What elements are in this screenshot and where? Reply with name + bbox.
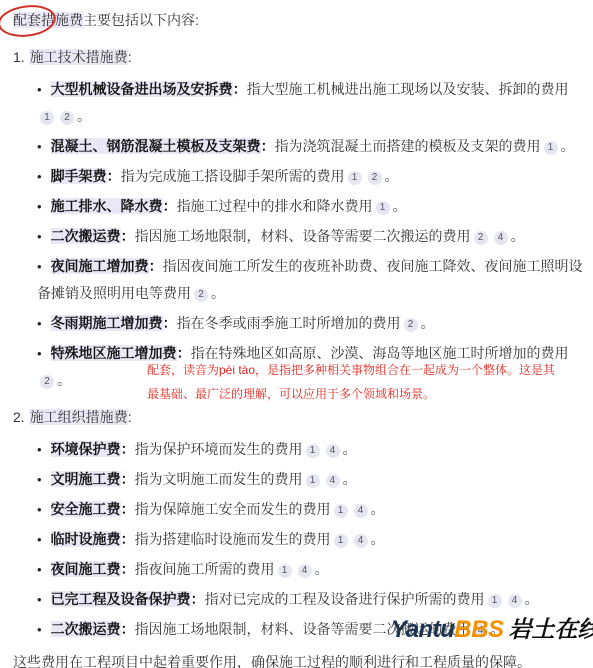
fee-term: 脚手架费 <box>51 168 107 184</box>
section-number: 2. <box>13 409 25 425</box>
citation-badge[interactable]: 1 <box>376 201 390 215</box>
section-label: 施工技术措施费 <box>30 49 128 65</box>
term-colon: ： <box>233 81 247 97</box>
term-colon: ： <box>121 561 135 577</box>
list-item: •临时设施费：指为搭建临时设施而发生的费用14。 <box>37 526 583 553</box>
term-colon: ： <box>107 168 121 184</box>
section-heading-1: 1.施工技术措施费: <box>13 44 587 71</box>
fee-desc: 指为文明施工而发生的费用 <box>135 471 303 487</box>
citation-badge[interactable]: 4 <box>494 231 508 245</box>
fee-term: 环境保护费 <box>51 441 121 457</box>
citation-badge[interactable]: 2 <box>194 288 208 302</box>
bullet-icon: • <box>37 592 42 607</box>
title-rest: 主要包括以下内容: <box>83 12 199 28</box>
list-item: •环境保护费：指为保护环境而发生的费用14。 <box>37 436 583 463</box>
fee-term: 二次搬运费 <box>51 621 121 637</box>
section-label: 施工组织措施费 <box>30 409 128 425</box>
fee-term: 临时设施费 <box>51 531 121 547</box>
list-item: •施工排水、降水费：指施工过程中的排水和降水费用1。 <box>37 193 583 220</box>
fee-desc: 指为完成施工搭设脚手架所需的费用 <box>121 168 345 184</box>
citation-badge[interactable]: 2 <box>60 111 74 125</box>
bullet-icon: • <box>37 346 42 361</box>
citation-badge[interactable]: 4 <box>354 534 368 548</box>
red-annotation-line-2: 最基础、最广泛的理解，可以应用于多个领域和场景。 <box>147 382 593 406</box>
list-item: •夜间施工费：指夜间施工所需的费用14。 <box>37 556 583 583</box>
red-annotation-note: 配套，读音为pèi tào，是指把多种相关事物组合在一起成为一个整体。这是其 最… <box>147 358 593 406</box>
fee-term: 二次搬运费 <box>51 228 121 244</box>
watermark-cn: 岩土在线 <box>508 616 593 642</box>
section-colon: : <box>128 409 132 425</box>
fee-term: 混凝土、钢筋混凝土模板及支架费 <box>51 138 261 154</box>
fee-desc: 指施工过程中的排水和降水费用 <box>177 198 373 214</box>
term-colon: ： <box>121 531 135 547</box>
citation-badge[interactable]: 1 <box>306 444 320 458</box>
term-colon: ： <box>121 621 135 637</box>
fee-desc: 指夜间施工所需的费用 <box>135 561 275 577</box>
list-item: •夜间施工增加费：指因夜间施工所发生的夜班补助费、夜间施工降效、夜间施工照明设备… <box>37 253 583 307</box>
bullet-icon: • <box>37 199 42 214</box>
list-item: •二次搬运费：指因施工场地限制，材料、设备等需要二次搬运的费用24。 <box>37 223 583 250</box>
fee-desc: 指在冬季或雨季施工时所增加的费用 <box>177 315 401 331</box>
watermark-yantu: Yantu <box>391 616 454 643</box>
fee-term: 冬雨期施工增加费 <box>51 315 163 331</box>
fee-desc: 指大型施工机械进出施工现场以及安装、拆卸的费用 <box>247 81 569 97</box>
red-circle-annotation <box>0 2 60 40</box>
sentence-period: 。 <box>393 198 407 214</box>
bullet-icon: • <box>37 316 42 331</box>
citation-badge[interactable]: 4 <box>298 564 312 578</box>
citation-badge[interactable]: 4 <box>508 594 522 608</box>
sentence-period: 。 <box>343 471 357 487</box>
sentence-period: 。 <box>211 285 225 301</box>
fee-desc: 指因施工场地限制，材料、设备等需要二次搬运的费用 <box>135 228 471 244</box>
section-heading-2: 2.施工组织措施费: <box>13 404 587 431</box>
fee-term: 文明施工费 <box>51 471 121 487</box>
red-annotation-line-1: 配套，读音为pèi tào，是指把多种相关事物组合在一起成为一个整体。这是其 <box>147 358 593 382</box>
bullet-icon: • <box>37 82 42 97</box>
watermark-logo: YantuBBS岩土在线 <box>391 616 593 643</box>
page-title: 配套措施费主要包括以下内容: <box>13 7 587 34</box>
fee-term: 大型机械设备进出场及安拆费 <box>51 81 233 97</box>
bullet-icon: • <box>37 502 42 517</box>
citation-badge[interactable]: 4 <box>326 444 340 458</box>
sentence-period: 。 <box>315 561 329 577</box>
term-colon: ： <box>191 591 205 607</box>
bullet-icon: • <box>37 472 42 487</box>
list-item: •冬雨期施工增加费：指在冬季或雨季施工时所增加的费用2。 <box>37 310 583 337</box>
sentence-period: 。 <box>371 501 385 517</box>
fee-desc: 指为保障施工安全而发生的费用 <box>135 501 331 517</box>
fee-desc: 指为搭建临时设施而发生的费用 <box>135 531 331 547</box>
closing-paragraph: 这些费用在工程项目中起着重要作用，确保施工过程的顺利进行和工程质量的保障。 <box>13 650 587 668</box>
fee-desc: 指为保护环境而发生的费用 <box>135 441 303 457</box>
citation-badge[interactable]: 2 <box>474 231 488 245</box>
fee-desc: 指对已完成的工程及设备进行保护所需的费用 <box>205 591 485 607</box>
document-page: 配套措施费主要包括以下内容: 1.施工技术措施费: •大型机械设备进出场及安拆费… <box>0 0 593 668</box>
bullet-icon: • <box>37 622 42 637</box>
fee-term: 施工排水、降水费 <box>51 198 163 214</box>
term-colon: ： <box>121 441 135 457</box>
section-number: 1. <box>13 49 25 65</box>
term-colon: ： <box>121 501 135 517</box>
citation-badge[interactable]: 1 <box>278 564 292 578</box>
citation-badge[interactable]: 2 <box>368 171 382 185</box>
sentence-period: 。 <box>561 138 575 154</box>
fee-list-organizational: •环境保护费：指为保护环境而发生的费用14。 •文明施工费：指为文明施工而发生的… <box>13 436 587 643</box>
fee-list-technical: •大型机械设备进出场及安拆费：指大型施工机械进出施工现场以及安装、拆卸的费用12… <box>13 76 587 394</box>
list-item: •已完工程及设备保护费：指对已完成的工程及设备进行保护所需的费用14。 <box>37 586 583 613</box>
term-colon: ： <box>121 228 135 244</box>
fee-desc: 指为浇筑混凝土而搭建的模板及支架的费用 <box>275 138 541 154</box>
bullet-icon: • <box>37 562 42 577</box>
sentence-period: 。 <box>421 315 435 331</box>
fee-term: 已完工程及设备保护费 <box>51 591 191 607</box>
list-item: •混凝土、钢筋混凝土模板及支架费：指为浇筑混凝土而搭建的模板及支架的费用1。 <box>37 133 583 160</box>
sentence-period: 。 <box>371 531 385 547</box>
term-colon: ： <box>261 138 275 154</box>
citation-badge[interactable]: 4 <box>354 504 368 518</box>
list-item: •安全施工费：指为保障施工安全而发生的费用14。 <box>37 496 583 523</box>
bullet-icon: • <box>37 259 42 274</box>
sentence-period: 。 <box>343 441 357 457</box>
citation-badge[interactable]: 1 <box>306 474 320 488</box>
sentence-period: 。 <box>525 591 539 607</box>
citation-badge[interactable]: 4 <box>326 474 340 488</box>
section-colon: : <box>128 49 132 65</box>
citation-badge[interactable]: 1 <box>488 594 502 608</box>
term-colon: ： <box>163 315 177 331</box>
list-item: •脚手架费：指为完成施工搭设脚手架所需的费用12。 <box>37 163 583 190</box>
citation-badge[interactable]: 1 <box>40 111 54 125</box>
bullet-icon: • <box>37 442 42 457</box>
fee-term: 夜间施工增加费 <box>51 258 149 274</box>
citation-badge[interactable]: 1 <box>544 141 558 155</box>
citation-badge[interactable]: 1 <box>348 171 362 185</box>
citation-badge[interactable]: 2 <box>40 375 54 389</box>
sentence-period: 。 <box>511 228 525 244</box>
bullet-icon: • <box>37 169 42 184</box>
term-colon: ： <box>121 471 135 487</box>
sentence-period: 。 <box>385 168 399 184</box>
term-colon: ： <box>163 198 177 214</box>
bullet-icon: • <box>37 229 42 244</box>
watermark-bbs: BBS <box>454 616 503 643</box>
citation-badge[interactable]: 2 <box>404 318 418 332</box>
sentence-period: 。 <box>57 372 71 388</box>
list-item: •文明施工费：指为文明施工而发生的费用14。 <box>37 466 583 493</box>
citation-badge[interactable]: 1 <box>334 534 348 548</box>
list-item: •大型机械设备进出场及安拆费：指大型施工机械进出施工现场以及安装、拆卸的费用12… <box>37 76 583 130</box>
term-colon: ： <box>149 258 163 274</box>
fee-term: 夜间施工费 <box>51 561 121 577</box>
sentence-period: 。 <box>77 108 91 124</box>
citation-badge[interactable]: 1 <box>334 504 348 518</box>
bullet-icon: • <box>37 139 42 154</box>
fee-term: 安全施工费 <box>51 501 121 517</box>
bullet-icon: • <box>37 532 42 547</box>
